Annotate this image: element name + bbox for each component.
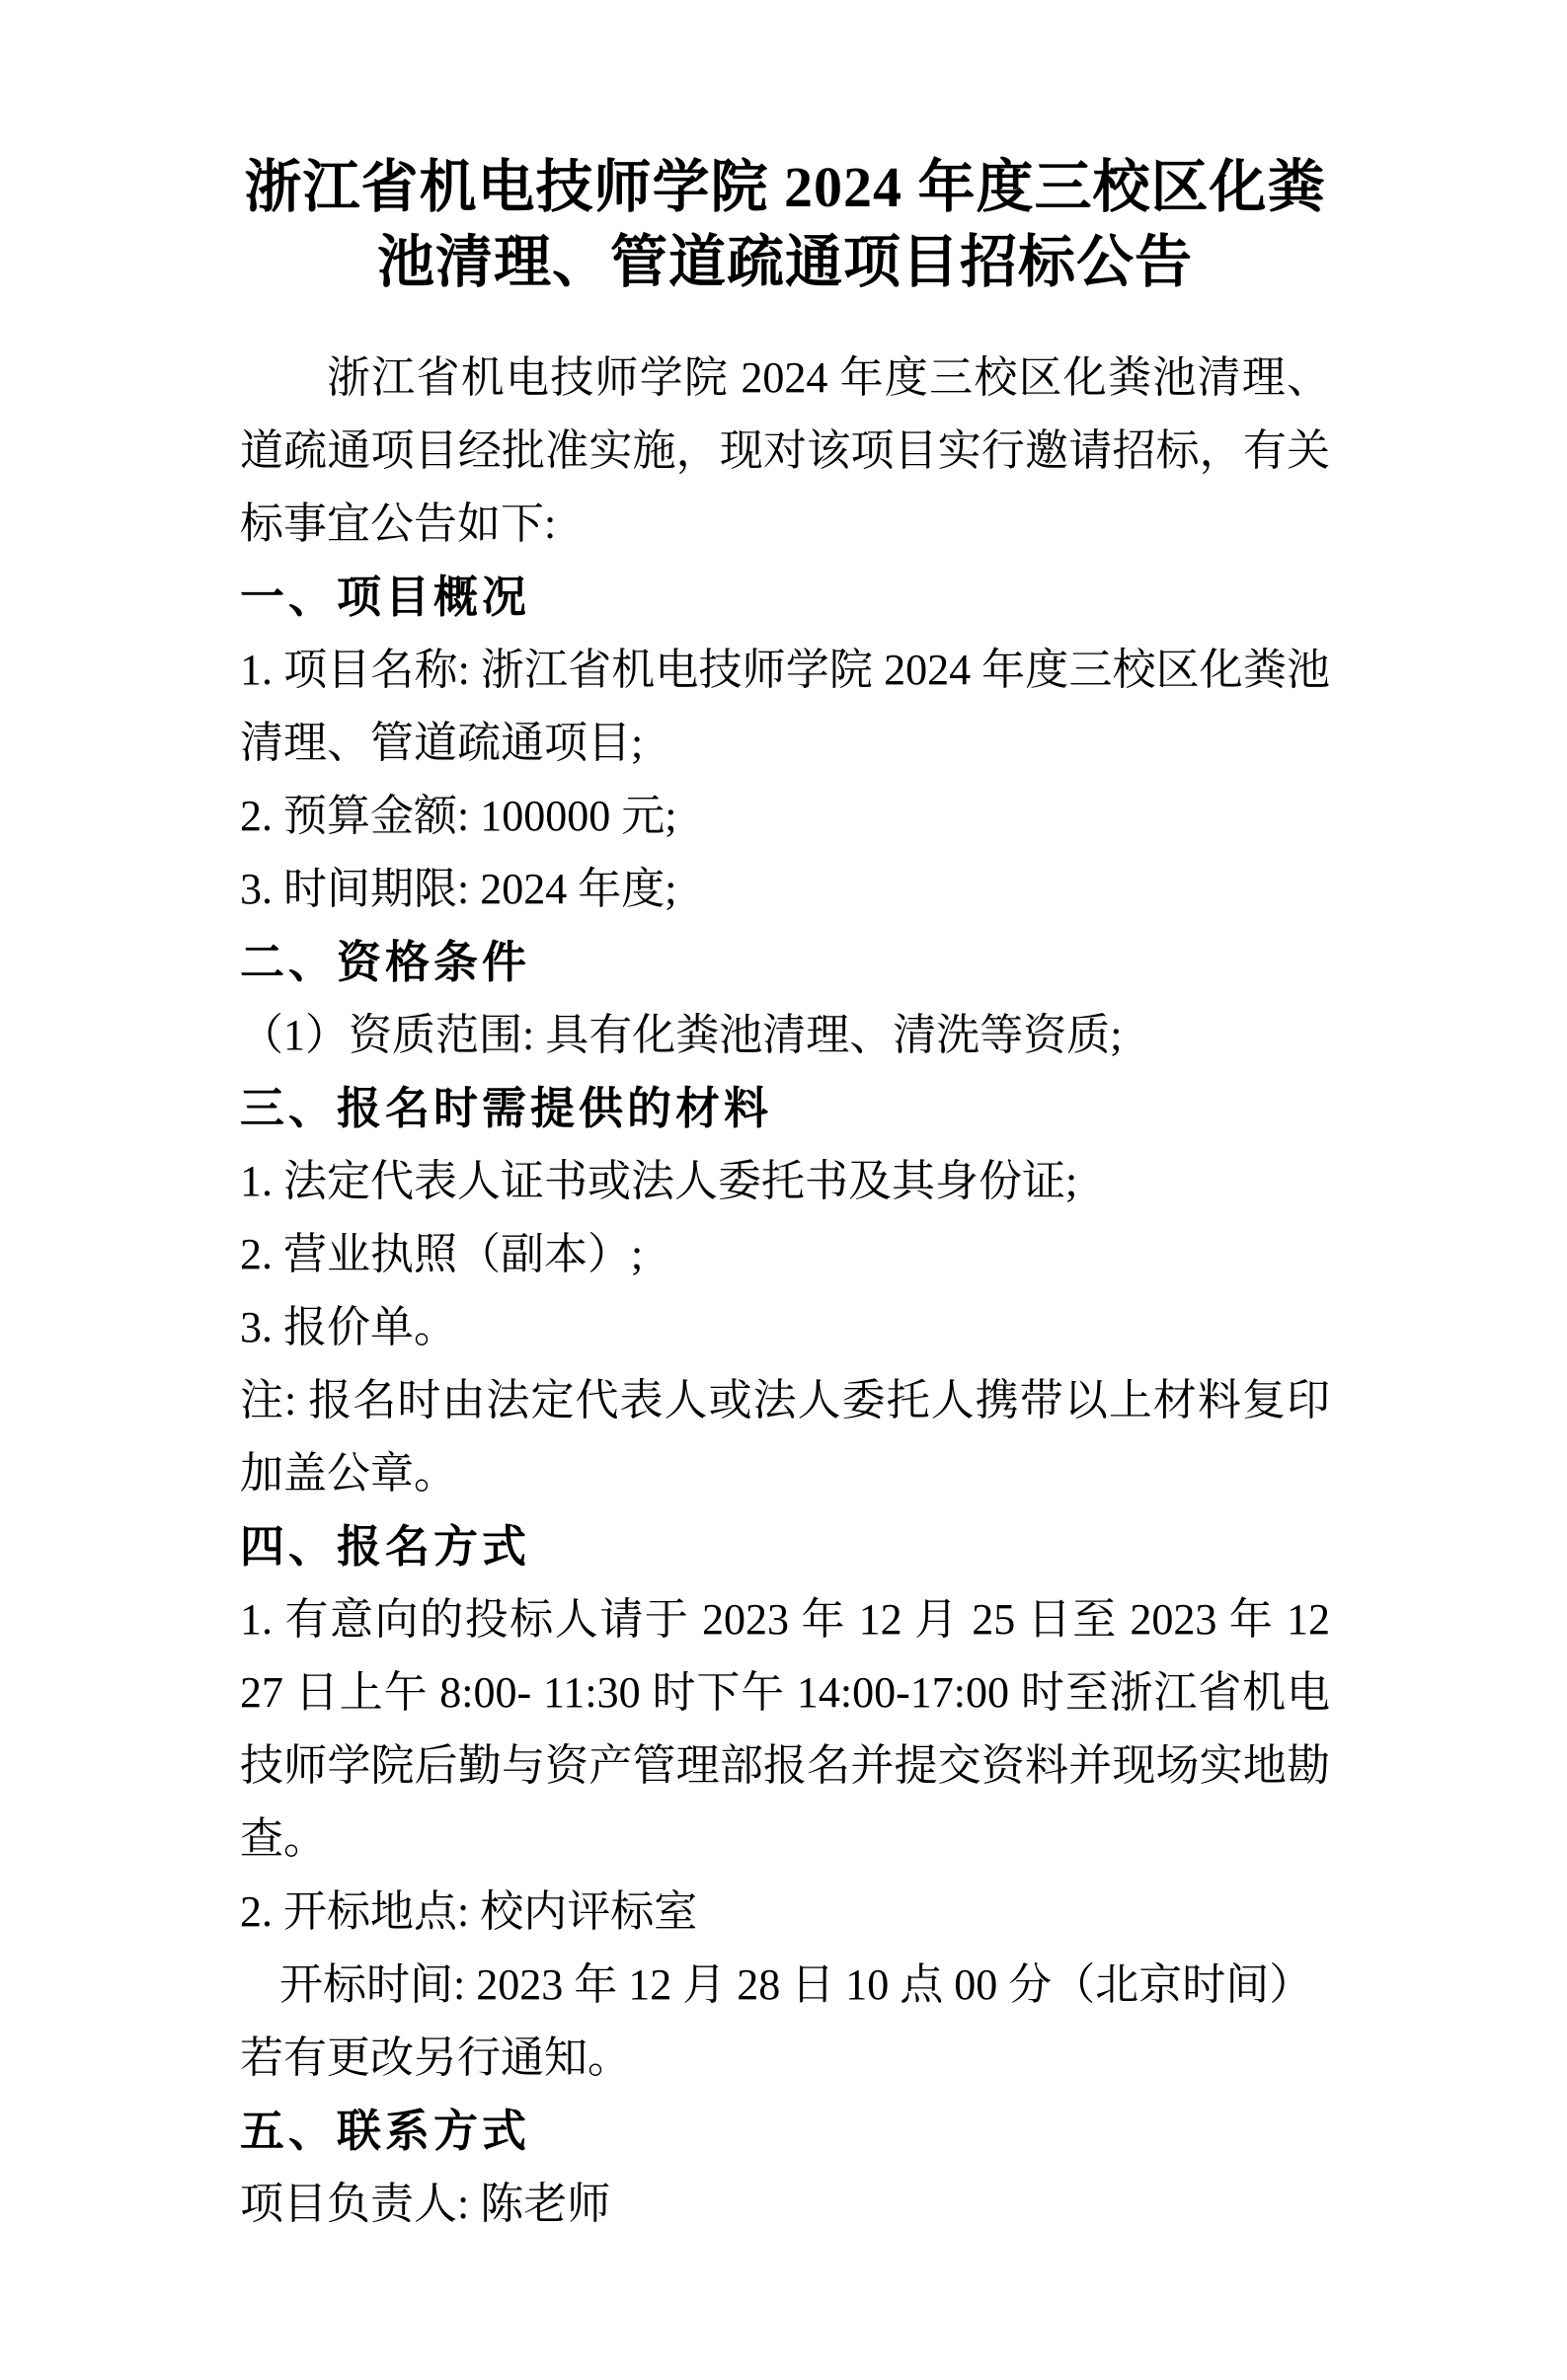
body-text-line: 1. 法定代表人证书或法人委托书及其身份证;: [240, 1145, 1330, 1218]
body-text-line: 道疏通项目经批准实施，现对该项目实行邀请招标，有关招: [240, 415, 1330, 488]
body-text-line: 技师学院后勤与资产管理部报名并提交资料并现场实地勘: [240, 1729, 1330, 1803]
body-text-line: 标事宜公告如下:: [240, 488, 1330, 561]
body-text-line: 若有更改另行通知。: [240, 2022, 1330, 2095]
section-heading: 一、项目概况: [240, 561, 1330, 634]
section-heading: 四、报名方式: [240, 1510, 1330, 1583]
body-text-line: 项目负责人: 陈老师: [240, 2168, 1330, 2241]
body-text-line: 注: 报名时由法定代表人或法人委托人携带以上材料复印件: [240, 1364, 1330, 1437]
body-text-line: 27 日上午 8:00- 11:30 时下午 14:00-17:00 时至浙江省…: [240, 1656, 1330, 1729]
document-title-line-1: 浙江省机电技师学院 2024 年度三校区化粪: [240, 150, 1330, 225]
body-text-line: 浙江省机电技师学院 2024 年度三校区化粪池清理、管: [240, 342, 1330, 415]
body-text-line: （1）资质范围: 具有化粪池清理、清洗等资质;: [240, 999, 1330, 1072]
document-content: 浙江省机电技师学院 2024 年度三校区化粪 池清理、管道疏通项目招标公告 浙江…: [240, 0, 1330, 2241]
section-heading: 二、资格条件: [240, 926, 1330, 999]
body-text-line: 查。: [240, 1803, 1330, 1876]
body-text-line: 3. 时间期限: 2024 年度;: [240, 853, 1330, 926]
body-text-line: 2. 预算金额: 100000 元;: [240, 780, 1330, 853]
body-text-line: 2. 营业执照（副本）;: [240, 1218, 1330, 1291]
document-title-line-2: 池清理、管道疏通项目招标公告: [240, 225, 1330, 300]
body-text-line: 1. 有意向的投标人请于 2023 年 12 月 25 日至 2023 年 12…: [240, 1583, 1330, 1656]
body-text-line: 加盖公章。: [240, 1437, 1330, 1510]
section-heading: 五、联系方式: [240, 2095, 1330, 2168]
body-text-line: 3. 报价单。: [240, 1291, 1330, 1364]
body-text-line: 2. 开标地点: 校内评标室: [240, 1876, 1330, 1949]
document-page: 浙江省机电技师学院 2024 年度三校区化粪 池清理、管道疏通项目招标公告 浙江…: [0, 0, 1567, 2380]
document-body: 浙江省机电技师学院 2024 年度三校区化粪池清理、管道疏通项目经批准实施，现对…: [240, 342, 1330, 2241]
body-text-line: 1. 项目名称: 浙江省机电技师学院 2024 年度三校区化粪池: [240, 634, 1330, 707]
document-title: 浙江省机电技师学院 2024 年度三校区化粪 池清理、管道疏通项目招标公告: [240, 150, 1330, 300]
section-heading: 三、报名时需提供的材料: [240, 1072, 1330, 1145]
body-text-line: 清理、管道疏通项目;: [240, 707, 1330, 780]
body-text-line: 开标时间: 2023 年 12 月 28 日 10 点 00 分（北京时间）: [240, 1949, 1330, 2022]
